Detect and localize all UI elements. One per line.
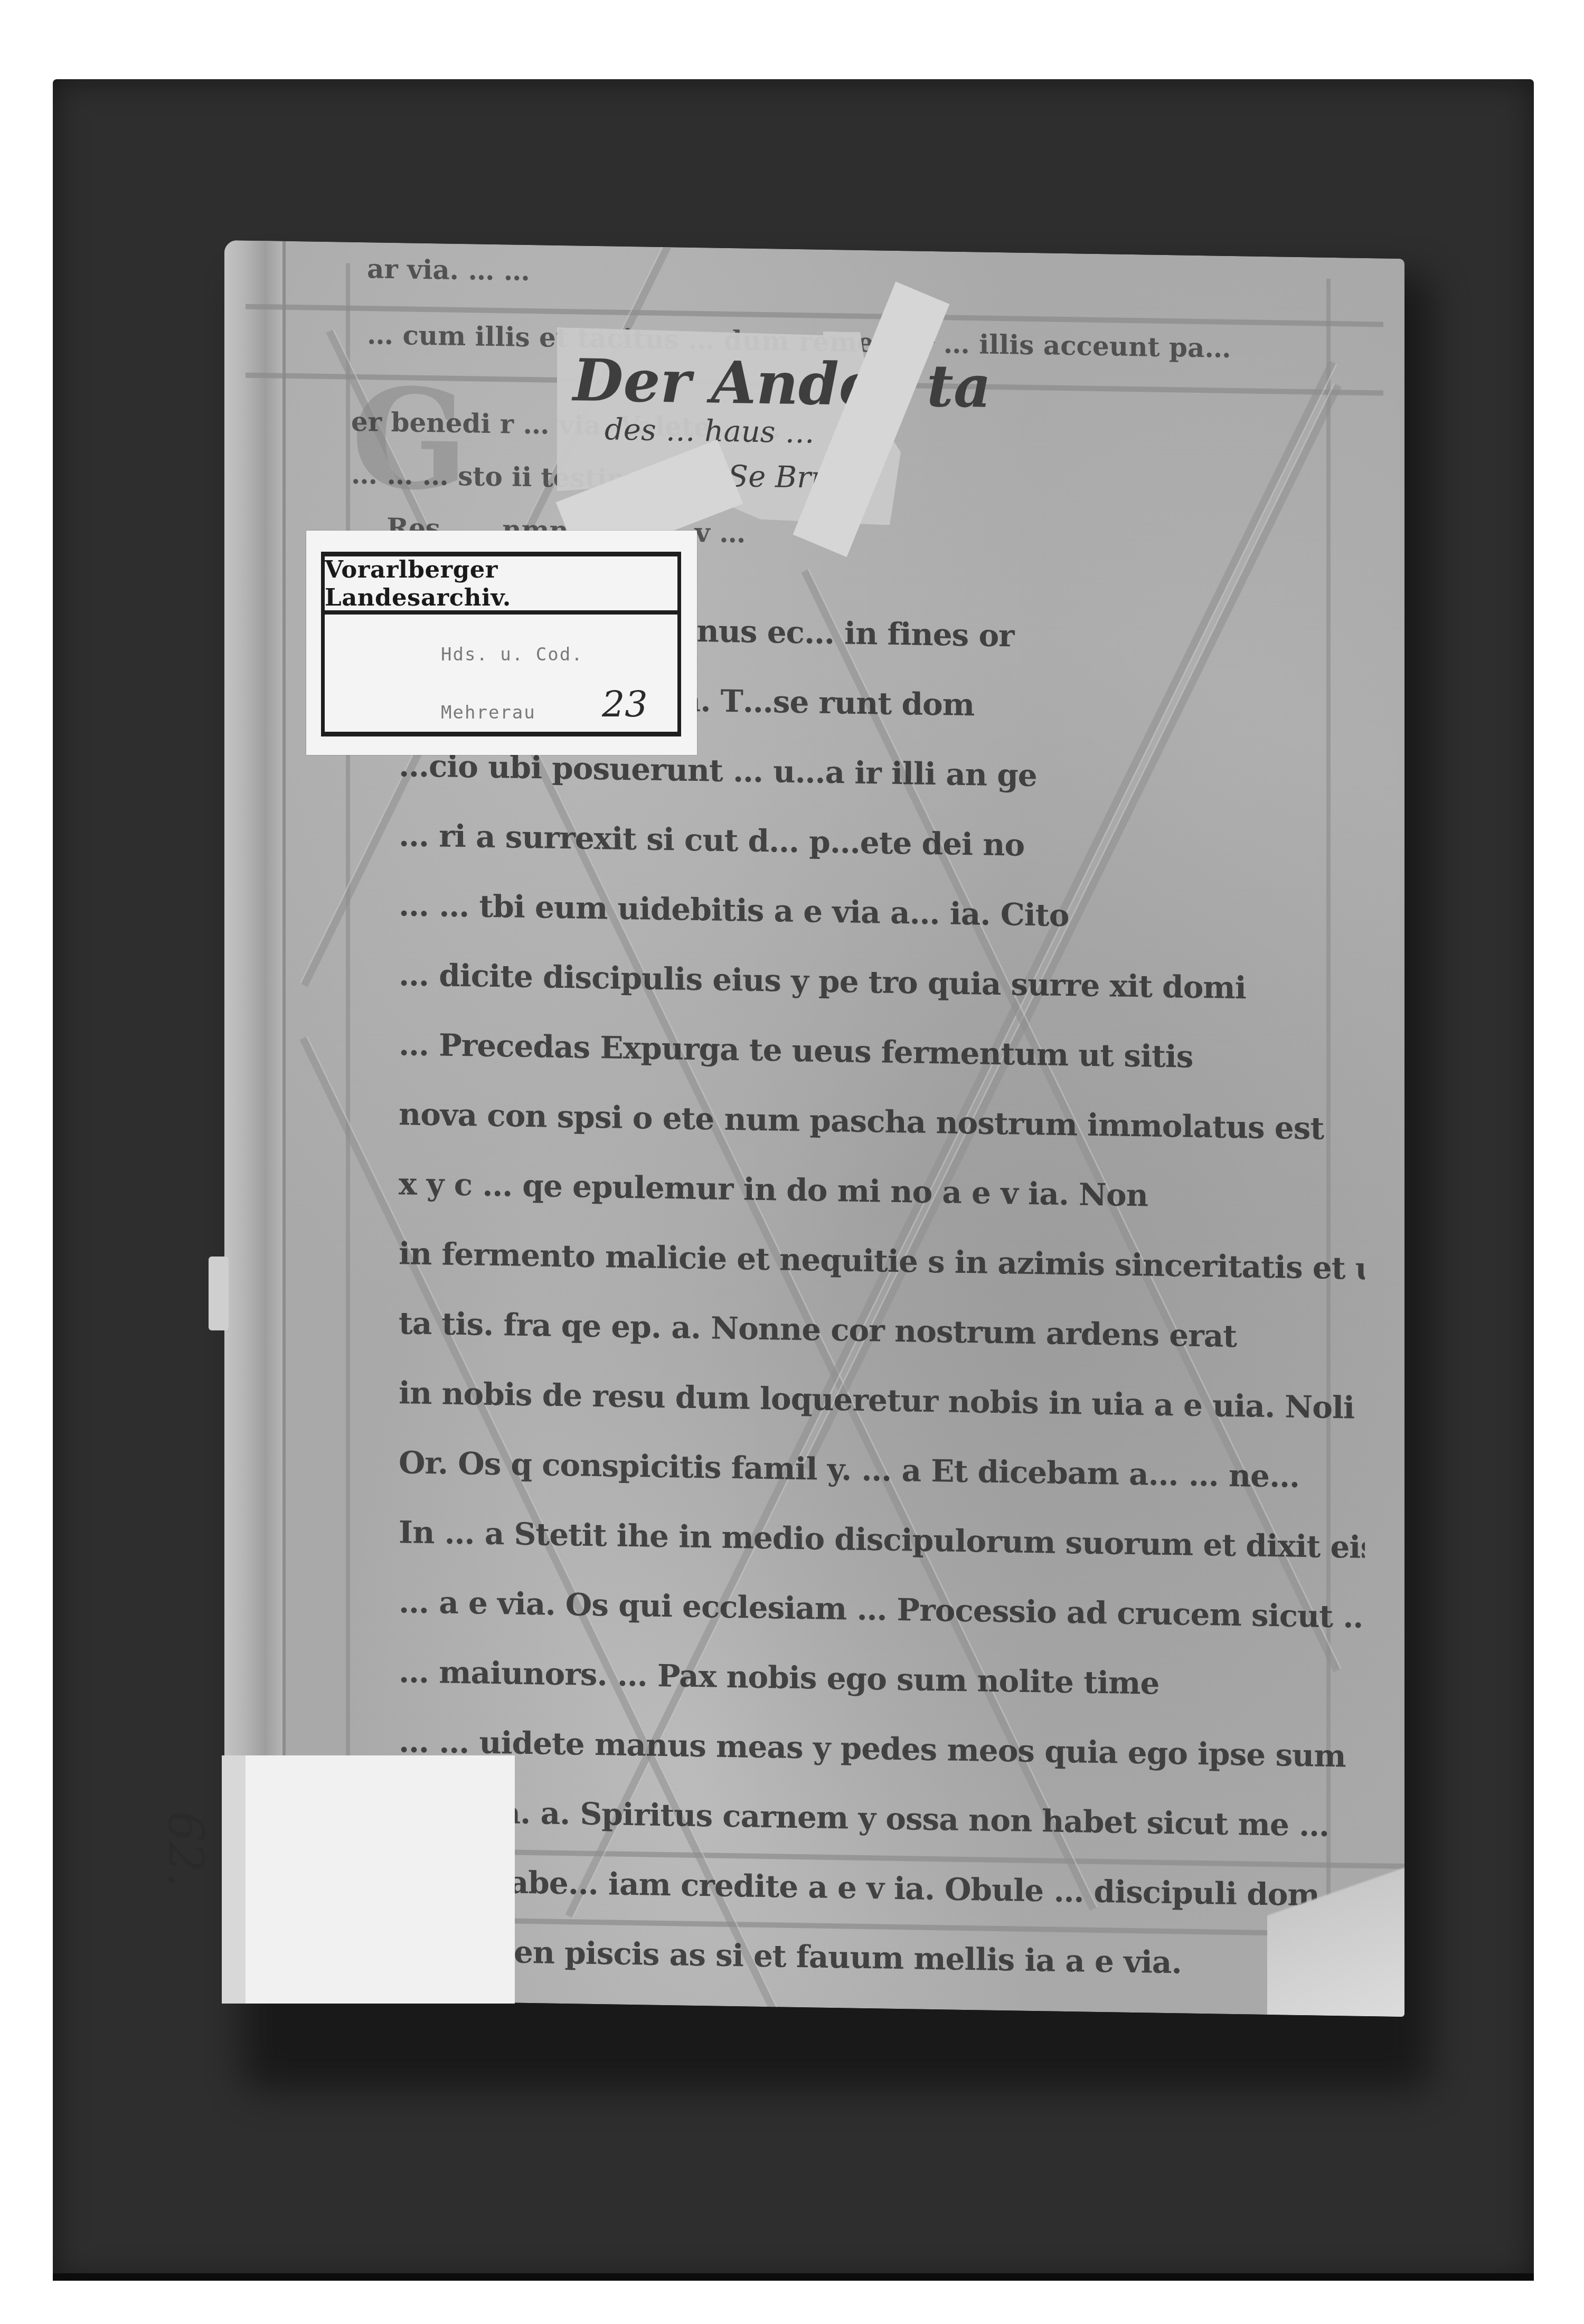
archive-fonds: Mehrerau	[441, 702, 536, 723]
faded-initial-letter: G	[351, 358, 468, 521]
manuscript-top-line: ar via. … …	[367, 253, 1370, 300]
manuscript-codex-cover: G ar via. … … … cum illis et tacitus … d…	[224, 240, 1404, 2017]
spine-edge	[224, 240, 286, 1999]
archive-collection: Hds. u. Cod.	[441, 644, 583, 665]
archive-shelf-number: 23	[602, 684, 648, 725]
spine-label	[222, 1755, 515, 2004]
title-slip-heading: Der Ander ta	[573, 346, 991, 420]
spine-handwritten-mark: 62.	[157, 1811, 214, 1888]
manuscript-text-block: …nnem … …uit sonus ec… in fines or a o r…	[399, 591, 1365, 2017]
archive-label: Vorarlberger Landesarchiv. Hds. u. Cod. …	[306, 531, 697, 755]
frayed-corner	[1267, 1814, 1404, 2017]
spine-tab	[209, 1257, 229, 1330]
archive-institution: Vorarlberger Landesarchiv.	[325, 556, 677, 615]
